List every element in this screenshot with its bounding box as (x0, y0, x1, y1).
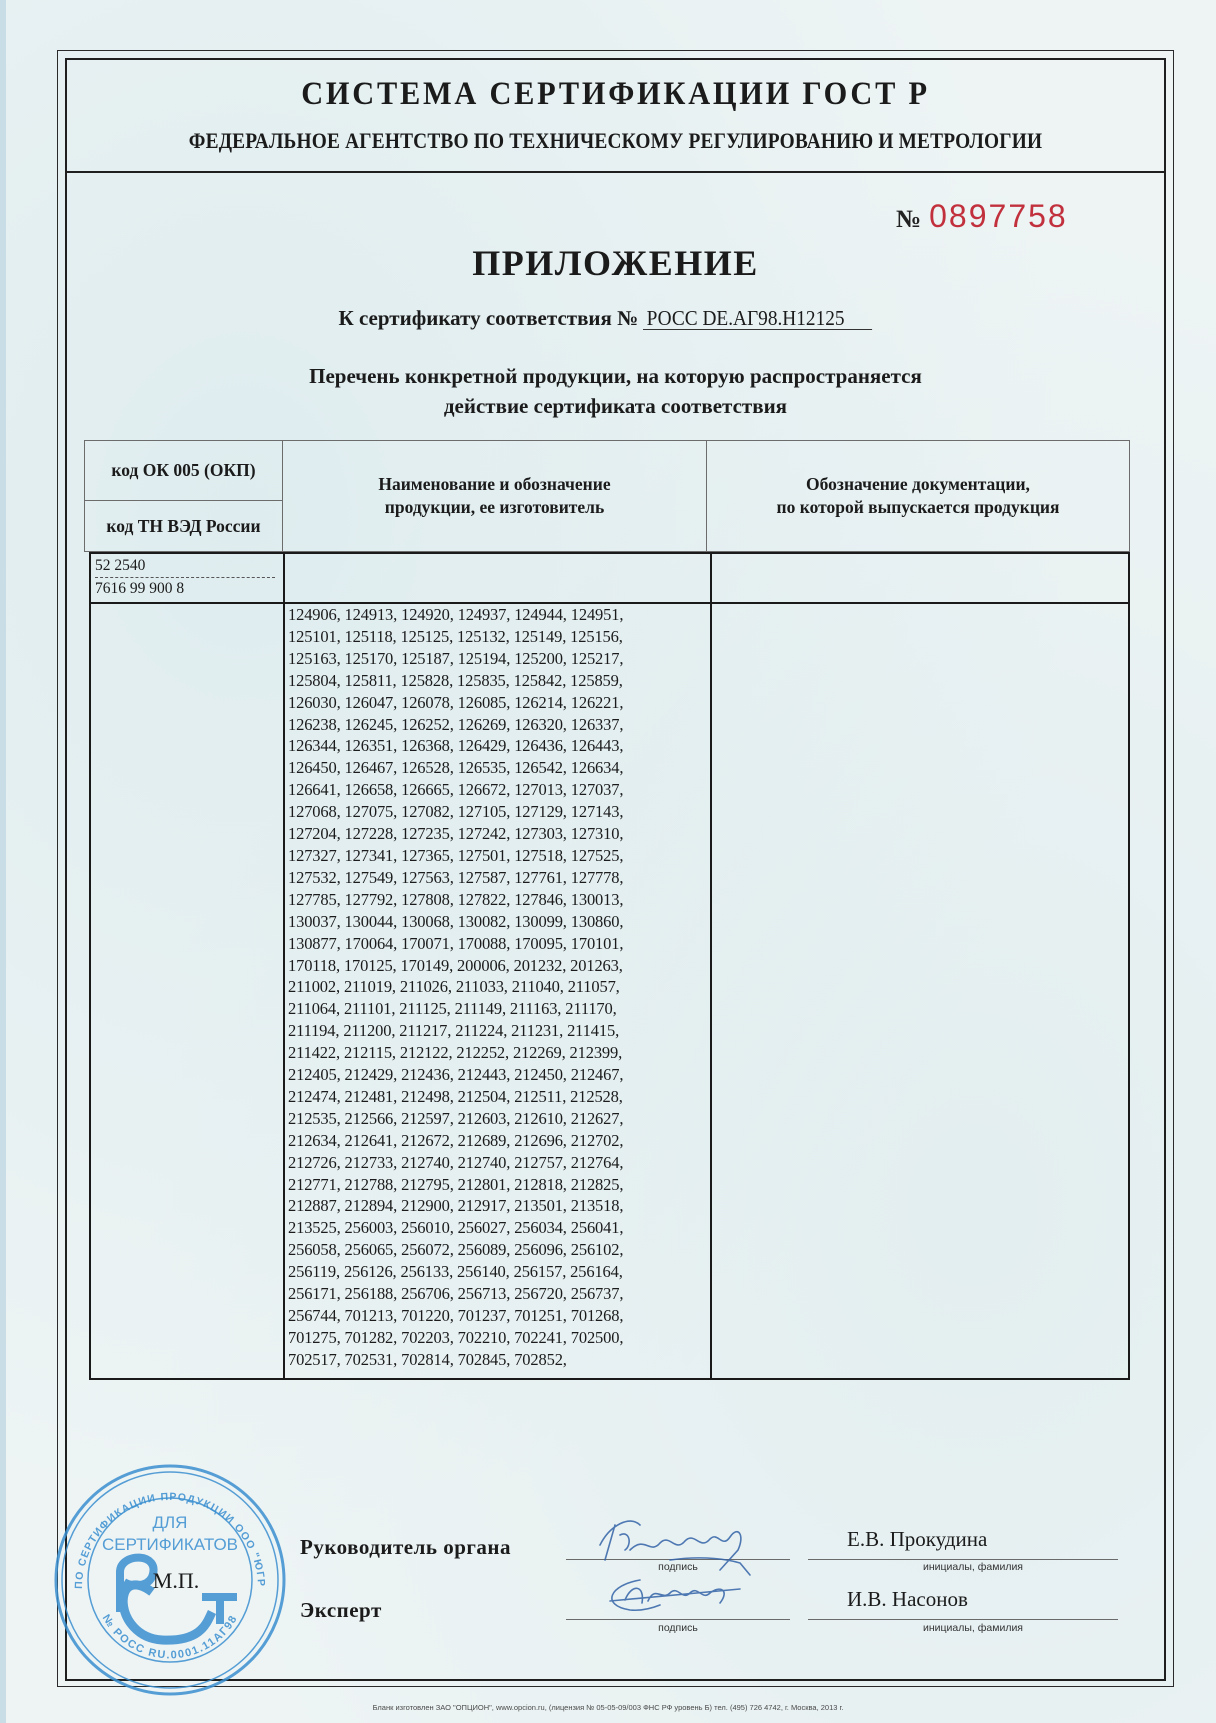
appendix-title: ПРИЛОЖЕНИЕ (65, 242, 1166, 284)
page-edge (0, 0, 6, 1723)
product-codes-line: 212726, 212733, 212740, 212740, 212757, … (288, 1152, 708, 1174)
form-number: №0897758 (896, 198, 1068, 235)
product-codes-line: 127532, 127549, 127563, 127587, 127761, … (288, 867, 708, 889)
table-header: код ОК 005 (ОКП) код ТН ВЭД России Наиме… (84, 440, 1130, 552)
product-codes-line: 126450, 126467, 126528, 126535, 126542, … (288, 757, 708, 779)
header-documentation-line1: Обозначение документации, (777, 473, 1060, 496)
certificate-reference-label: К сертификату соответствия № (339, 306, 639, 330)
handwritten-signature-icon (570, 1505, 800, 1635)
product-codes-line: 212634, 212641, 212672, 212689, 212696, … (288, 1130, 708, 1152)
svg-text:ДЛЯ: ДЛЯ (153, 1513, 188, 1532)
product-codes-line: 701275, 701282, 702203, 702210, 702241, … (288, 1327, 708, 1349)
product-codes-list: 124906, 124913, 124920, 124937, 124944, … (288, 604, 708, 1371)
product-codes-line: 127785, 127792, 127808, 127822, 127846, … (288, 889, 708, 911)
product-codes-line: 126238, 126245, 126252, 126269, 126320, … (288, 714, 708, 736)
header-documentation-line2: по которой выпускается продукция (777, 496, 1060, 519)
agency-title: ФЕДЕРАЛЬНОЕ АГЕНТСТВО ПО ТЕХНИЧЕСКОМУ РЕ… (131, 128, 1100, 154)
column-divider (283, 554, 285, 1378)
product-codes-line: 127327, 127341, 127365, 127501, 127518, … (288, 845, 708, 867)
product-codes-line: 126030, 126047, 126078, 126085, 126214, … (288, 692, 708, 714)
list-caption-line1: Перечень конкретной продукции, на котору… (65, 361, 1166, 391)
expert-name-line (808, 1619, 1118, 1620)
code-tnved-value: 7616 99 900 8 (95, 580, 277, 598)
header-product-line1: Наименование и обозначение (378, 473, 610, 496)
product-table: 52 2540 7616 99 900 8 124906, 124913, 12… (89, 552, 1130, 1380)
product-codes-line: 211002, 211019, 211026, 211033, 211040, … (288, 976, 708, 998)
table-row-codes: 52 2540 7616 99 900 8 (95, 557, 277, 598)
column-divider (710, 554, 712, 1378)
product-codes-line: 125101, 125118, 125125, 125132, 125149, … (288, 626, 708, 648)
product-codes-line: 125804, 125811, 125828, 125835, 125842, … (288, 670, 708, 692)
svg-text:СЕРТИФИКАТОВ: СЕРТИФИКАТОВ (102, 1535, 238, 1554)
product-codes-line: 212887, 212894, 212900, 212917, 213501, … (288, 1195, 708, 1217)
expert-name-hint: инициалы, фамилия (808, 1622, 1138, 1634)
head-name-hint: инициалы, фамилия (808, 1561, 1138, 1573)
header-documentation: Обозначение документации, по которой вып… (707, 441, 1129, 551)
header-product: Наименование и обозначение продукции, ее… (283, 441, 707, 551)
product-codes-line: 213525, 256003, 256010, 256027, 256034, … (288, 1217, 708, 1239)
header-code-okp: код ОК 005 (ОКП) (85, 441, 282, 501)
system-title: СИСТЕМА СЕРТИФИКАЦИИ ГОСТ Р (109, 76, 1122, 113)
product-codes-line: 130037, 130044, 130068, 130082, 130099, … (288, 911, 708, 933)
head-name: Е.В. Прокудина (847, 1527, 987, 1552)
footer-imprint: Бланк изготовлен ЗАО "ОПЦИОН", www.opcio… (0, 1703, 1216, 1712)
product-codes-line: 211422, 212115, 212122, 212252, 212269, … (288, 1042, 708, 1064)
product-codes-line: 256171, 256188, 256706, 256713, 256720, … (288, 1283, 708, 1305)
product-codes-line: 702517, 702531, 702814, 702845, 702852, (288, 1349, 708, 1371)
product-codes-line: 212405, 212429, 212436, 212443, 212450, … (288, 1064, 708, 1086)
product-codes-line: 212771, 212788, 212795, 212801, 212818, … (288, 1174, 708, 1196)
expert-name: И.В. Насонов (847, 1587, 968, 1612)
code-okp-value: 52 2540 (95, 557, 275, 578)
header-codes: код ОК 005 (ОКП) код ТН ВЭД России (85, 441, 283, 551)
product-codes-line: 124906, 124913, 124920, 124937, 124944, … (288, 604, 708, 626)
header-divider (65, 171, 1166, 173)
product-codes-line: 127068, 127075, 127082, 127105, 127129, … (288, 801, 708, 823)
product-codes-line: 170118, 170125, 170149, 200006, 201232, … (288, 955, 708, 977)
product-codes-line: 211194, 211200, 211217, 211224, 211231, … (288, 1020, 708, 1042)
list-caption: Перечень конкретной продукции, на котору… (65, 361, 1166, 421)
product-codes-line: 256744, 701213, 701220, 701237, 701251, … (288, 1305, 708, 1327)
product-codes-line: 126344, 126351, 126368, 126429, 126436, … (288, 735, 708, 757)
head-name-line (808, 1559, 1118, 1560)
product-codes-line: 211064, 211101, 211125, 211149, 211163, … (288, 998, 708, 1020)
product-codes-line: 126641, 126658, 126665, 126672, 127013, … (288, 779, 708, 801)
form-number-value: 0897758 (929, 198, 1068, 234)
expert-role-label: Эксперт (300, 1598, 382, 1623)
product-codes-line: 256058, 256065, 256072, 256089, 256096, … (288, 1239, 708, 1261)
svg-text:М.П.: М.П. (153, 1568, 199, 1593)
list-caption-line2: действие сертификата соответствия (65, 391, 1166, 421)
head-role-label: Руководитель органа (300, 1535, 511, 1560)
header-product-line2: продукции, ее изготовитель (378, 496, 610, 519)
product-codes-line: 127204, 127228, 127235, 127242, 127303, … (288, 823, 708, 845)
header-code-tnved: код ТН ВЭД России (85, 501, 282, 551)
certificate-reference-value: РОСС DE.АГ98.Н12125 (643, 307, 872, 330)
certificate-reference: К сертификату соответствия № РОСС DE.АГ9… (65, 306, 1166, 331)
product-codes-line: 125163, 125170, 125187, 125194, 125200, … (288, 648, 708, 670)
seal-stamp-icon: ОРГАН ПО СЕРТИФИКАЦИИ ПРОДУКЦИИ ООО "ЮГР… (52, 1462, 288, 1698)
product-codes-line: 130877, 170064, 170071, 170088, 170095, … (288, 933, 708, 955)
product-codes-line: 256119, 256126, 256133, 256140, 256157, … (288, 1261, 708, 1283)
product-codes-line: 212474, 212481, 212498, 212504, 212511, … (288, 1086, 708, 1108)
product-codes-line: 212535, 212566, 212597, 212603, 212610, … (288, 1108, 708, 1130)
number-sign: № (896, 206, 921, 233)
